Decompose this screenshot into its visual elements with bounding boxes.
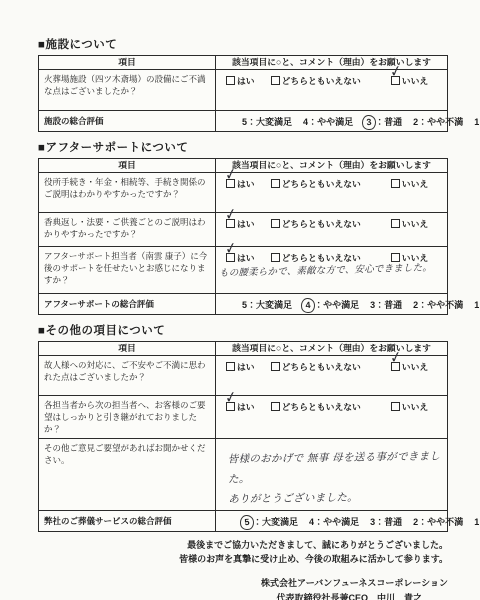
rating-colon: ： [418,517,427,527]
rating-row-label: 弊社のご葬儀サービスの総合評価 [39,511,216,531]
answer-cell: ✓はい ✓どちらともいえない ✓いいえ [216,70,447,110]
rating-row: 弊社のご葬儀サービスの総合評価 5：大変満足 4：やや満足 3：普通 2：やや不… [39,511,447,531]
option-yes[interactable]: ✓はい [226,217,255,230]
rating-colon: ： [253,517,262,527]
rating-row: 施設の総合評価 5：大変満足 4：やや満足 3：普通 2：やや不満 1：不満 [39,111,447,131]
closing-line-1: 最後までご協力いただきまして、誠にありがとうございました。 [38,539,448,553]
checkbox[interactable]: ✓ [226,179,235,188]
option-yes[interactable]: ✓はい [226,74,255,87]
option-no[interactable]: ✓いいえ [391,400,428,413]
rating-option[interactable]: 2：やや不満 [413,298,463,311]
option-label: どちらともいえない [282,360,361,373]
rating-option[interactable]: 1：不満 [474,298,480,311]
rating-label: 普通 [384,117,402,127]
answer-cell: ✓はい ✓どちらともいえない ✓いいえ [216,173,447,212]
rating-colon: ： [247,300,256,310]
option-yes[interactable]: ✓はい [226,177,255,190]
option-no[interactable]: ✓いいえ [391,217,428,230]
option-no[interactable]: ✓いいえ [391,74,428,87]
rating-label: やや満足 [323,517,359,527]
option-label: はい [237,251,255,264]
option-no[interactable]: ✓いいえ [391,177,428,190]
check-icon: ✓ [224,206,238,224]
survey-table-after-support: 項目 該当項目に○と、コメント（理由）をお願いします 役所手続き・年金・相続等、… [38,158,448,315]
survey-table-facility: 項目 該当項目に○と、コメント（理由）をお願いします 火葬場施設（四ツ木斎場）の… [38,55,448,132]
table-header-row: 項目 該当項目に○と、コメント（理由）をお願いします [39,159,447,173]
checkbox[interactable]: ✓ [391,402,400,411]
option-label: いいえ [402,217,428,230]
answer-cell: ✓はい ✓どちらともいえない ✓いいえ [216,396,447,438]
table-header-row: 項目 該当項目に○と、コメント（理由）をお願いします [39,56,447,70]
option-label: はい [237,74,255,87]
comment-area[interactable]: 皆様のおかげで 無事 母を送る事ができました。 ありがとうございました。 [216,439,447,510]
option-label: どちらともいえない [282,177,361,190]
option-group: ✓はい ✓どちらともいえない ✓いいえ [222,72,441,87]
rating-row: アフターサポートの総合評価 5：大変満足 4：やや満足 3：普通 2：やや不満 … [39,294,447,314]
option-label: はい [237,217,255,230]
survey-page: ■施設について 項目 該当項目に○と、コメント（理由）をお願いします 火葬場施設… [0,0,480,600]
question-text: 役所手続き・年金・相続等、手続き関係のご説明はわかりやすかったですか？ [39,173,216,212]
section-other: ■その他の項目について 項目 該当項目に○と、コメント（理由）をお願いします 故… [38,322,448,532]
question-text: 各担当者から次の担当者へ、お客様のご要望はしっかりと引き継がれておりましたか？ [39,396,216,438]
rating-colon: ： [375,517,384,527]
company-signature-block: 株式会社アーバンフューネスコーポレーション 代表取締役社長兼CEO 中川 貴之 [38,576,448,600]
rating-colon: ： [375,300,384,310]
column-header-instruction: 該当項目に○と、コメント（理由）をお願いします [216,159,447,172]
option-neutral[interactable]: ✓どちらともいえない [271,217,361,230]
option-neutral[interactable]: ✓どちらともいえない [271,74,361,87]
table-row: 故人様への対応に、ご不安やご不満に思われた点はございましたか？ ✓はい ✓どちら… [39,356,447,396]
rating-option-selected[interactable]: 3：普通 [364,115,402,128]
rating-scale: 5：大変満足 4：やや満足 3：普通 2：やや不満 1：不満 [216,111,480,131]
option-group: ✓はい ✓どちらともいえない ✓いいえ [222,358,441,373]
option-yes[interactable]: ✓はい [226,251,255,264]
check-icon: ✓ [224,389,238,407]
rating-label: 普通 [384,300,402,310]
rating-label: 大変満足 [262,517,298,527]
column-header-instruction: 該当項目に○と、コメント（理由）をお願いします [216,56,447,69]
column-header-item: 項目 [39,56,216,69]
checkbox[interactable]: ✓ [271,253,280,262]
question-text: 火葬場施設（四ツ木斎場）の設備にご不満な点はございましたか？ [39,70,216,110]
option-label: いいえ [402,74,428,87]
question-text: 香典返し・法要・ご供養ごとのご説明はわかりやすかったですか？ [39,213,216,246]
check-icon: ✓ [224,166,238,184]
handwritten-comment: 皆様のおかげで 無事 母を送る事ができました。 ありがとうございました。 [222,439,442,509]
rating-colon: ： [375,117,384,127]
checkbox[interactable]: ✓ [226,253,235,262]
rating-scale: 5：大変満足 4：やや満足 3：普通 2：やや不満 1：不満 [216,294,480,314]
option-group: ✓はい ✓どちらともいえない ✓いいえ [222,215,441,230]
rating-colon: ： [247,117,256,127]
option-label: いいえ [402,177,428,190]
rating-option-selected[interactable]: 5：大変満足 [242,515,298,528]
question-text: 故人様への対応に、ご不安やご不満に思われた点はございましたか？ [39,356,216,395]
closing-message: 最後までご協力いただきまして、誠にありがとうございました。 皆様のお声を真摯に受… [38,539,448,567]
survey-table-other: 項目 該当項目に○と、コメント（理由）をお願いします 故人様への対応に、ご不安や… [38,341,448,532]
option-group: ✓はい ✓どちらともいえない ✓いいえ [222,175,441,190]
rating-label: 大変満足 [256,117,292,127]
table-row: 各担当者から次の担当者へ、お客様のご要望はしっかりと引き継がれておりましたか？ … [39,396,447,439]
rating-label: やや満足 [323,300,359,310]
checkbox[interactable]: ✓ [391,362,400,371]
rating-option[interactable]: 4：やや満足 [309,515,359,528]
rating-colon: ： [418,117,427,127]
section-after-support: ■アフターサポートについて 項目 該当項目に○と、コメント（理由）をお願いします… [38,139,448,315]
option-no[interactable]: ✓いいえ [391,360,428,373]
question-text: その他ご意見ご要望があればお聞かせください。 [39,439,216,510]
rating-row-label: アフターサポートの総合評価 [39,294,216,314]
checkbox[interactable]: ✓ [271,76,280,85]
checkbox[interactable]: ✓ [271,362,280,371]
rating-option[interactable]: 1：不満 [474,515,480,528]
option-neutral[interactable]: ✓どちらともいえない [271,400,361,413]
rating-colon: ： [314,517,323,527]
checkbox[interactable]: ✓ [391,219,400,228]
closing-line-2: 皆様のお声を真摯に受け止め、今後の取組みに活かして参ります。 [38,553,448,567]
rating-option[interactable]: 2：やや不満 [413,515,463,528]
rating-option[interactable]: 5：大変満足 [242,115,292,128]
rating-colon: ： [418,300,427,310]
check-icon: ✓ [389,63,403,81]
table-row: 役所手続き・年金・相続等、手続き関係のご説明はわかりやすかったですか？ ✓はい … [39,173,447,213]
answer-cell[interactable]: ✓はい ✓どちらともいえない ✓いいえ もの腰柔らかで、素敵な方で、安心できまし… [216,247,447,293]
checkbox[interactable]: ✓ [271,402,280,411]
checkbox[interactable]: ✓ [226,402,235,411]
answer-cell: ✓はい ✓どちらともいえない ✓いいえ [216,213,447,246]
checkbox[interactable]: ✓ [226,362,235,371]
rating-label: やや不満 [427,517,463,527]
checkbox[interactable]: ✓ [271,219,280,228]
table-row: アフターサポート担当者（南雲 康子）に今後のサポートを任せたいとお感じになります… [39,247,447,294]
rating-scale: 5：大変満足 4：やや満足 3：普通 2：やや不満 1：不満 [216,511,480,531]
question-text: アフターサポート担当者（南雲 康子）に今後のサポートを任せたいとお感じになります… [39,247,216,293]
option-neutral[interactable]: ✓どちらともいえない [271,177,361,190]
rating-label: 普通 [384,517,402,527]
option-label: はい [237,177,255,190]
answer-cell: ✓はい ✓どちらともいえない ✓いいえ [216,356,447,395]
option-label: いいえ [402,400,428,413]
company-name: 株式会社アーバンフューネスコーポレーション [38,576,448,591]
rating-colon: ： [308,117,317,127]
rating-option[interactable]: 2：やや不満 [413,115,463,128]
checkbox[interactable]: ✓ [226,76,235,85]
checkbox[interactable]: ✓ [271,179,280,188]
rating-label: やや不満 [427,117,463,127]
checkbox[interactable]: ✓ [391,179,400,188]
option-group: ✓はい ✓どちらともいえない ✓いいえ [222,398,441,413]
option-label: どちらともいえない [282,217,361,230]
check-icon: ✓ [389,349,403,367]
column-header-item: 項目 [39,159,216,172]
rating-label: 大変満足 [256,300,292,310]
rating-colon: ： [314,300,323,310]
checkbox[interactable]: ✓ [226,219,235,228]
option-yes[interactable]: ✓はい [226,400,255,413]
column-header-instruction: 該当項目に○と、コメント（理由）をお願いします [216,342,447,355]
column-header-item: 項目 [39,342,216,355]
option-label: どちらともいえない [282,74,361,87]
rating-row-label: 施設の総合評価 [39,111,216,131]
rating-option[interactable]: 4：やや満足 [303,115,353,128]
rating-option[interactable]: 3：普通 [370,298,402,311]
option-label: はい [237,400,255,413]
section-title: ■施設について [38,36,448,52]
table-row: 香典返し・法要・ご供養ごとのご説明はわかりやすかったですか？ ✓はい ✓どちらと… [39,213,447,247]
rating-option[interactable]: 3：普通 [370,515,402,528]
section-title: ■その他の項目について [38,322,448,338]
rating-option[interactable]: 1：不満 [474,115,480,128]
rating-option-selected[interactable]: 4：やや満足 [303,298,359,311]
table-row: 火葬場施設（四ツ木斎場）の設備にご不満な点はございましたか？ ✓はい ✓どちらと… [39,70,447,111]
section-facility: ■施設について 項目 該当項目に○と、コメント（理由）をお願いします 火葬場施設… [38,36,448,132]
rating-label: やや不満 [427,300,463,310]
ceo-signature: 代表取締役社長兼CEO 中川 貴之 [38,591,448,600]
option-yes[interactable]: ✓はい [226,360,255,373]
check-icon: ✓ [224,240,238,258]
checkbox[interactable]: ✓ [391,76,400,85]
rating-label: やや満足 [317,117,353,127]
option-label: いいえ [402,360,428,373]
table-row: その他ご意見ご要望があればお聞かせください。 皆様のおかげで 無事 母を送る事が… [39,439,447,511]
rating-option[interactable]: 5：大変満足 [242,298,292,311]
option-neutral[interactable]: ✓どちらともいえない [271,360,361,373]
section-title: ■アフターサポートについて [38,139,448,155]
table-header-row: 項目 該当項目に○と、コメント（理由）をお願いします [39,342,447,356]
option-label: はい [237,360,255,373]
option-label: どちらともいえない [282,400,361,413]
